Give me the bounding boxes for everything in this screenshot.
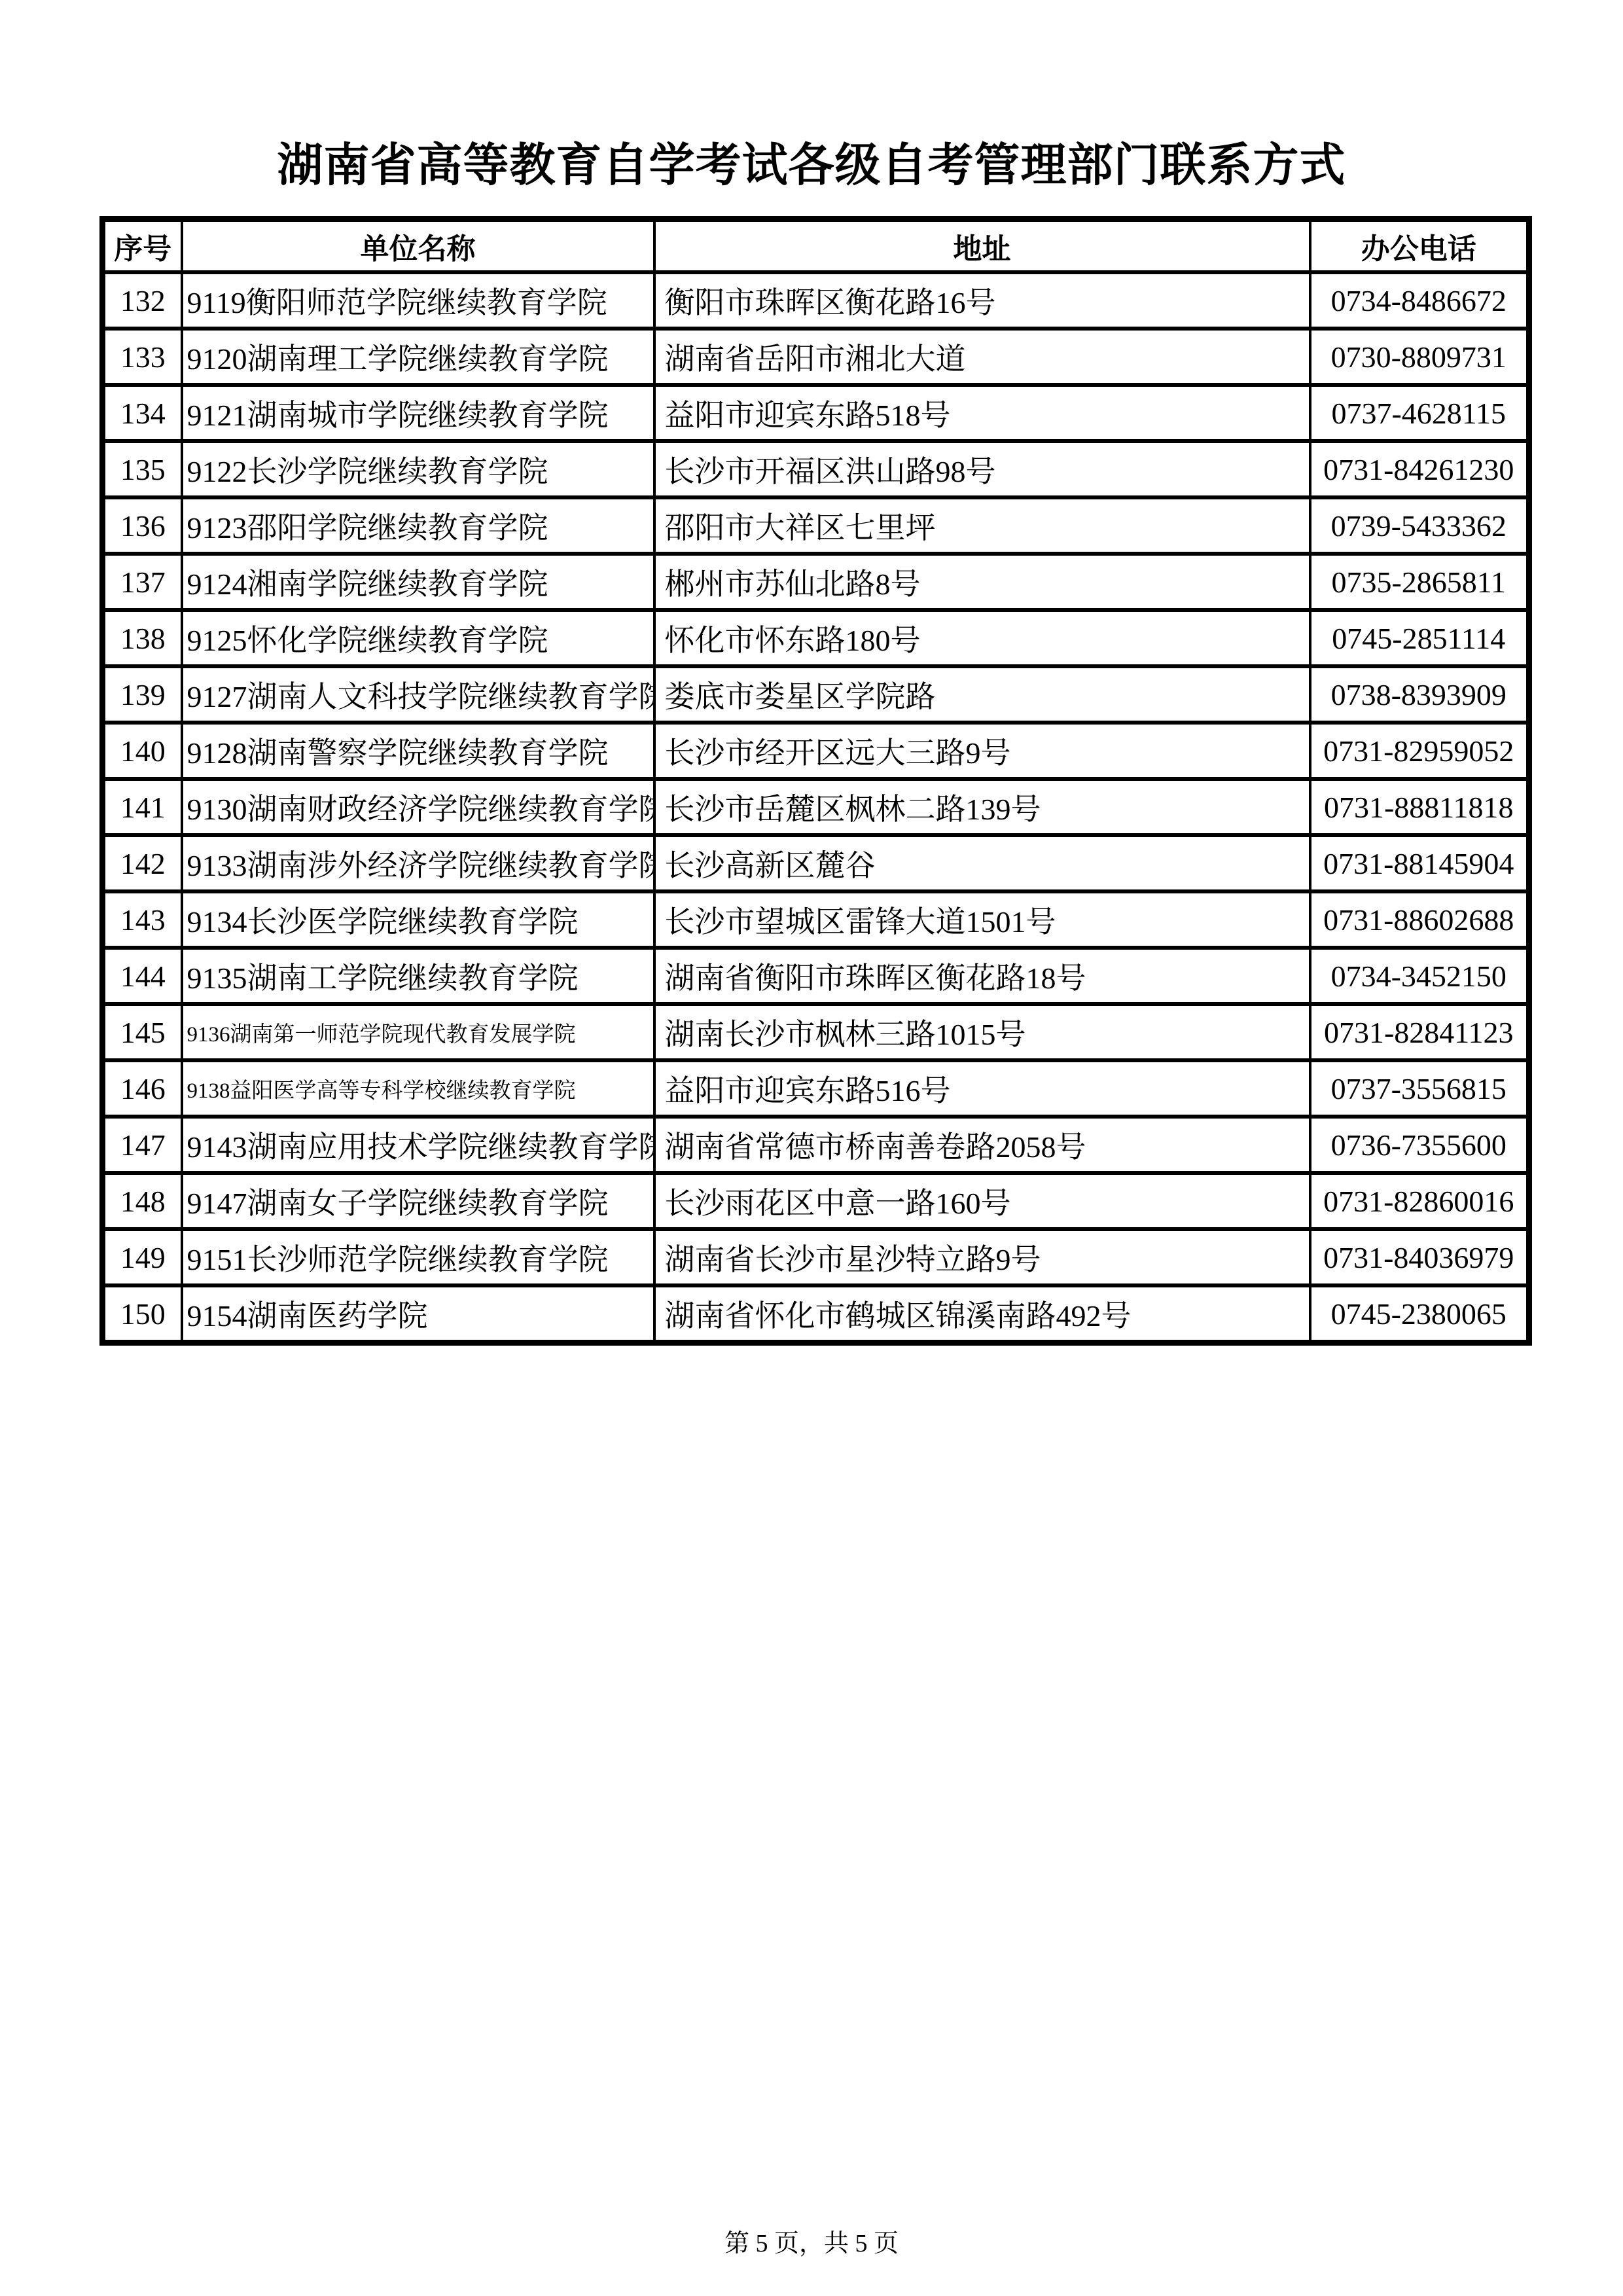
address-cell: 娄底市娄星区学院路: [654, 666, 1310, 723]
unit-name-cell: 9127湖南人文科技学院继续教育学院: [182, 666, 654, 723]
unit-name-cell: 9151长沙师范学院继续教育学院: [182, 1229, 654, 1285]
phone-cell: 0737-3556815: [1310, 1060, 1529, 1117]
row-number-cell: 138: [103, 610, 182, 666]
table-row: 139 9127湖南人文科技学院继续教育学院 娄底市娄星区学院路 0738-83…: [103, 666, 1529, 723]
header-cell-index: 序号: [103, 219, 182, 273]
address-cell: 湖南省岳阳市湘北大道: [654, 329, 1310, 385]
phone-cell: 0745-2380065: [1310, 1285, 1529, 1343]
table-row: 142 9133湖南涉外经济学院继续教育学院 长沙高新区麓谷 0731-8814…: [103, 835, 1529, 891]
phone-cell: 0736-7355600: [1310, 1117, 1529, 1173]
phone-cell: 0745-2851114: [1310, 610, 1529, 666]
unit-name-cell: 9125怀化学院继续教育学院: [182, 610, 654, 666]
phone-cell: 0737-4628115: [1310, 385, 1529, 441]
unit-name-cell: 9120湖南理工学院继续教育学院: [182, 329, 654, 385]
contact-table: 序号 单位名称 地址 办公电话 132 9119衡阳师范学院继续教育学院 衡阳市…: [99, 216, 1532, 1346]
address-cell: 邵阳市大祥区七里坪: [654, 497, 1310, 554]
phone-cell: 0731-88811818: [1310, 779, 1529, 835]
unit-name-cell: 9143湖南应用技术学院继续教育学院: [182, 1117, 654, 1173]
row-number-cell: 145: [103, 1004, 182, 1060]
table-row: 137 9124湘南学院继续教育学院 郴州市苏仙北路8号 0735-286581…: [103, 554, 1529, 610]
table-row: 147 9143湖南应用技术学院继续教育学院 湖南省常德市桥南善卷路2058号 …: [103, 1117, 1529, 1173]
row-number-cell: 147: [103, 1117, 182, 1173]
table-row: 138 9125怀化学院继续教育学院 怀化市怀东路180号 0745-28511…: [103, 610, 1529, 666]
address-cell: 益阳市迎宾东路516号: [654, 1060, 1310, 1117]
unit-name-cell: 9119衡阳师范学院继续教育学院: [182, 272, 654, 329]
row-number-cell: 140: [103, 723, 182, 779]
phone-cell: 0731-84261230: [1310, 441, 1529, 497]
row-number-cell: 148: [103, 1173, 182, 1229]
row-number-cell: 149: [103, 1229, 182, 1285]
phone-cell: 0731-82860016: [1310, 1173, 1529, 1229]
address-cell: 长沙市望城区雷锋大道1501号: [654, 891, 1310, 948]
table-row: 144 9135湖南工学院继续教育学院 湖南省衡阳市珠晖区衡花路18号 0734…: [103, 948, 1529, 1004]
row-number-cell: 135: [103, 441, 182, 497]
table-row: 145 9136湖南第一师范学院现代教育发展学院 湖南长沙市枫林三路1015号 …: [103, 1004, 1529, 1060]
address-cell: 长沙高新区麓谷: [654, 835, 1310, 891]
address-cell: 长沙市经开区远大三路9号: [654, 723, 1310, 779]
phone-cell: 0731-88145904: [1310, 835, 1529, 891]
unit-name-cell: 9147湖南女子学院继续教育学院: [182, 1173, 654, 1229]
phone-cell: 0731-88602688: [1310, 891, 1529, 948]
unit-name-cell: 9130湖南财政经济学院继续教育学院: [182, 779, 654, 835]
table-row: 132 9119衡阳师范学院继续教育学院 衡阳市珠晖区衡花路16号 0734-8…: [103, 272, 1529, 329]
phone-cell: 0731-84036979: [1310, 1229, 1529, 1285]
phone-cell: 0739-5433362: [1310, 497, 1529, 554]
table-row: 149 9151长沙师范学院继续教育学院 湖南省长沙市星沙特立路9号 0731-…: [103, 1229, 1529, 1285]
row-number-cell: 141: [103, 779, 182, 835]
header-cell-phone: 办公电话: [1310, 219, 1529, 273]
unit-name-cell: 9134长沙医学院继续教育学院: [182, 891, 654, 948]
row-number-cell: 144: [103, 948, 182, 1004]
table-row: 135 9122长沙学院继续教育学院 长沙市开福区洪山路98号 0731-842…: [103, 441, 1529, 497]
unit-name-cell: 9121湖南城市学院继续教育学院: [182, 385, 654, 441]
row-number-cell: 136: [103, 497, 182, 554]
phone-cell: 0738-8393909: [1310, 666, 1529, 723]
table-row: 136 9123邵阳学院继续教育学院 邵阳市大祥区七里坪 0739-543336…: [103, 497, 1529, 554]
address-cell: 衡阳市珠晖区衡花路16号: [654, 272, 1310, 329]
phone-cell: 0735-2865811: [1310, 554, 1529, 610]
address-cell: 长沙雨花区中意一路160号: [654, 1173, 1310, 1229]
document-page: 湖南省高等教育自学考试各级自考管理部门联系方式 序号 单位名称 地址 办公电话 …: [0, 0, 1623, 2296]
page-title: 湖南省高等教育自学考试各级自考管理部门联系方式: [0, 139, 1623, 191]
unit-name-cell: 9154湖南医药学院: [182, 1285, 654, 1343]
address-cell: 长沙市岳麓区枫林二路139号: [654, 779, 1310, 835]
contact-table-container: 序号 单位名称 地址 办公电话 132 9119衡阳师范学院继续教育学院 衡阳市…: [99, 216, 1532, 1346]
unit-name-cell: 9138益阳医学高等专科学校继续教育学院: [182, 1060, 654, 1117]
table-row: 134 9121湖南城市学院继续教育学院 益阳市迎宾东路518号 0737-46…: [103, 385, 1529, 441]
address-cell: 怀化市怀东路180号: [654, 610, 1310, 666]
table-row: 146 9138益阳医学高等专科学校继续教育学院 益阳市迎宾东路516号 073…: [103, 1060, 1529, 1117]
address-cell: 长沙市开福区洪山路98号: [654, 441, 1310, 497]
address-cell: 郴州市苏仙北路8号: [654, 554, 1310, 610]
table-row: 141 9130湖南财政经济学院继续教育学院 长沙市岳麓区枫林二路139号 07…: [103, 779, 1529, 835]
phone-cell: 0731-82959052: [1310, 723, 1529, 779]
row-number-cell: 143: [103, 891, 182, 948]
table-row: 143 9134长沙医学院继续教育学院 长沙市望城区雷锋大道1501号 0731…: [103, 891, 1529, 948]
address-cell: 湖南省长沙市星沙特立路9号: [654, 1229, 1310, 1285]
phone-cell: 0734-8486672: [1310, 272, 1529, 329]
table-row: 133 9120湖南理工学院继续教育学院 湖南省岳阳市湘北大道 0730-880…: [103, 329, 1529, 385]
unit-name-cell: 9122长沙学院继续教育学院: [182, 441, 654, 497]
row-number-cell: 146: [103, 1060, 182, 1117]
row-number-cell: 150: [103, 1285, 182, 1343]
unit-name-cell: 9135湖南工学院继续教育学院: [182, 948, 654, 1004]
unit-name-cell: 9133湖南涉外经济学院继续教育学院: [182, 835, 654, 891]
address-cell: 湖南省衡阳市珠晖区衡花路18号: [654, 948, 1310, 1004]
table-row: 148 9147湖南女子学院继续教育学院 长沙雨花区中意一路160号 0731-…: [103, 1173, 1529, 1229]
table-row: 140 9128湖南警察学院继续教育学院 长沙市经开区远大三路9号 0731-8…: [103, 723, 1529, 779]
table-row: 150 9154湖南医药学院 湖南省怀化市鹤城区锦溪南路492号 0745-23…: [103, 1285, 1529, 1343]
phone-cell: 0734-3452150: [1310, 948, 1529, 1004]
phone-cell: 0730-8809731: [1310, 329, 1529, 385]
unit-name-cell: 9128湖南警察学院继续教育学院: [182, 723, 654, 779]
row-number-cell: 134: [103, 385, 182, 441]
unit-name-cell: 9123邵阳学院继续教育学院: [182, 497, 654, 554]
page-footer: 第 5 页，共 5 页: [0, 2223, 1623, 2259]
row-number-cell: 137: [103, 554, 182, 610]
header-cell-unit: 单位名称: [182, 219, 654, 273]
phone-cell: 0731-82841123: [1310, 1004, 1529, 1060]
row-number-cell: 142: [103, 835, 182, 891]
header-cell-address: 地址: [654, 219, 1310, 273]
row-number-cell: 139: [103, 666, 182, 723]
address-cell: 湖南省常德市桥南善卷路2058号: [654, 1117, 1310, 1173]
address-cell: 湖南省怀化市鹤城区锦溪南路492号: [654, 1285, 1310, 1343]
row-number-cell: 132: [103, 272, 182, 329]
address-cell: 益阳市迎宾东路518号: [654, 385, 1310, 441]
unit-name-cell: 9136湖南第一师范学院现代教育发展学院: [182, 1004, 654, 1060]
table-header-row: 序号 单位名称 地址 办公电话: [103, 219, 1529, 273]
address-cell: 湖南长沙市枫林三路1015号: [654, 1004, 1310, 1060]
row-number-cell: 133: [103, 329, 182, 385]
unit-name-cell: 9124湘南学院继续教育学院: [182, 554, 654, 610]
